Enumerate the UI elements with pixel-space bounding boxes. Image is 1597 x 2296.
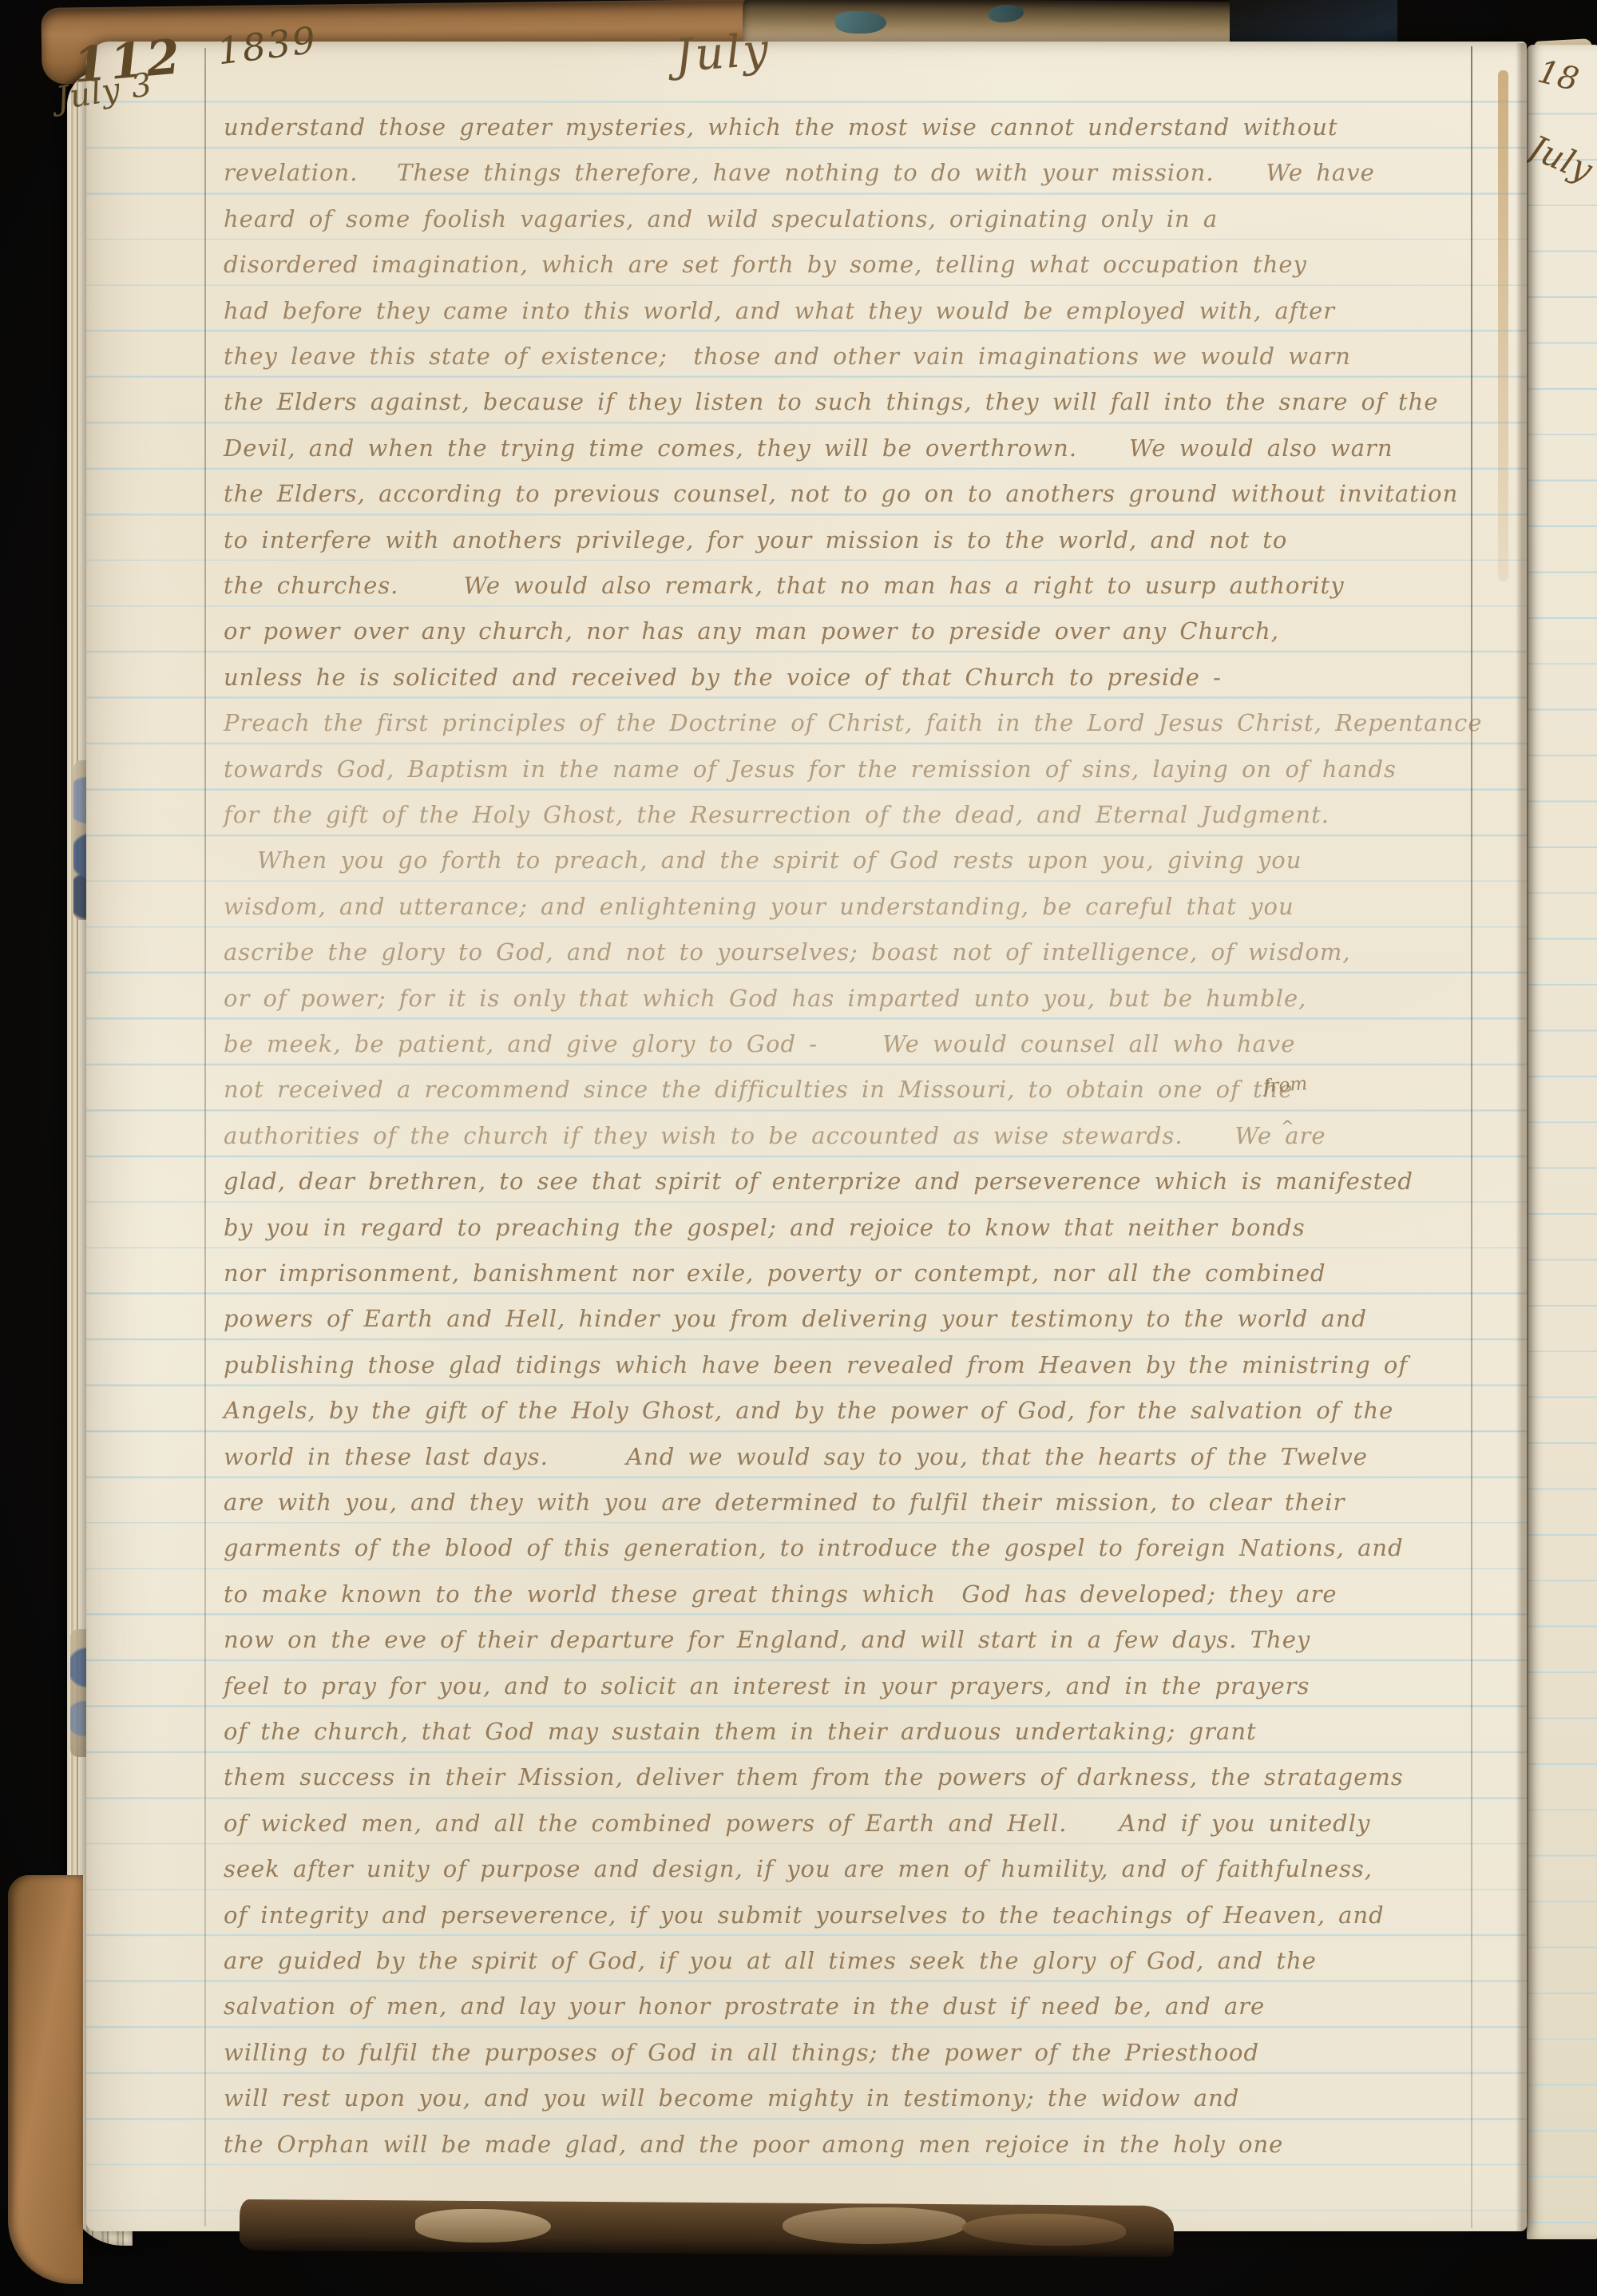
manuscript-line: for the gift of the Holy Ghost, the Resu…	[224, 801, 1485, 841]
interlinear-insertion: from	[1262, 1073, 1308, 1097]
manuscript-line: had before they came into this world, an…	[224, 297, 1485, 337]
manuscript-line: world in these last days. And we would s…	[224, 1443, 1485, 1483]
manuscript-line: the churches. We would also remark, that…	[224, 572, 1485, 612]
manuscript-line: are guided by the spirit of God, if you …	[224, 1947, 1485, 1987]
manuscript-line: them success in their Mission, deliver t…	[224, 1763, 1485, 1803]
manuscript-line: or power over any church, nor has any ma…	[224, 617, 1485, 657]
manuscript-line: heard of some foolish vagaries, and wild…	[224, 205, 1485, 245]
manuscript-line: will rest upon you, and you will become …	[224, 2084, 1485, 2124]
manuscript-line: unless he is solicited and received by t…	[224, 664, 1485, 704]
manuscript-line: feel to pray for you, and to solicit an …	[224, 1672, 1485, 1712]
manuscript-line: they leave this state of existence; thos…	[224, 343, 1485, 383]
manuscript-line: willing to fulfil the purposes of God in…	[224, 2039, 1485, 2079]
manuscript-line: Devil, and when the trying time comes, t…	[224, 434, 1485, 474]
manuscript-line: publishing those glad tidings which have…	[224, 1351, 1485, 1391]
manuscript-line: by you in regard to preaching the gospel…	[224, 1214, 1485, 1254]
manuscript-line: Angels, by the gift of the Holy Ghost, a…	[224, 1397, 1485, 1437]
manuscript-line: understand those greater mysteries, whic…	[224, 113, 1485, 153]
manuscript-line: of integrity and perseverence, if you su…	[224, 1901, 1485, 1941]
manuscript-line: seek after unity of purpose and design, …	[224, 1855, 1485, 1895]
manuscript-line: When you go forth to preach, and the spi…	[257, 847, 1519, 886]
manuscript-line: nor imprisonment, banishment nor exile, …	[224, 1259, 1485, 1299]
manuscript-line: towards God, Baptism in the name of Jesu…	[224, 755, 1485, 795]
manuscript-line: Preach the first principles of the Doctr…	[224, 709, 1485, 749]
manuscript-line: are with you, and they with you are dete…	[224, 1489, 1485, 1529]
manuscript-line: now on the eve of their departure for En…	[224, 1626, 1485, 1666]
torn-paper-scrap	[415, 2209, 551, 2242]
manuscript-line: of wicked men, and all the combined powe…	[224, 1810, 1485, 1850]
manuscript-line: ascribe the glory to God, and not to you…	[224, 938, 1485, 978]
manuscript-line: authorities of the church if they wish t…	[224, 1122, 1485, 1162]
manuscript-line: disordered imagination, which are set fo…	[224, 251, 1485, 291]
manuscript-line: be meek, be patient, and give glory to G…	[224, 1030, 1485, 1070]
manuscript-line: the Elders against, because if they list…	[224, 388, 1485, 428]
manuscript-line: or of power; for it is only that which G…	[224, 985, 1485, 1025]
manuscript-line: garments of the blood of this generation…	[224, 1534, 1485, 1574]
scanned-journal-photo: 18 July 112 1839 July July 3 understand …	[0, 0, 1597, 2296]
caret-mark: ^	[1281, 1116, 1294, 1136]
manuscript-line: the Orphan will be made glad, and the po…	[224, 2131, 1485, 2171]
manuscript-line: to interfere with anothers privilege, fo…	[224, 526, 1485, 566]
manuscript-line: of the church, that God may sustain them…	[224, 1718, 1485, 1758]
manuscript-line: to make known to the world these great t…	[224, 1580, 1485, 1620]
manuscript-line: wisdom, and utterance; and enlightening …	[224, 893, 1485, 933]
manuscript-text: understand those greater mysteries, whic…	[0, 0, 1597, 2296]
manuscript-line: glad, dear brethren, to see that spirit …	[224, 1168, 1485, 1207]
manuscript-line: the Elders, according to previous counse…	[224, 480, 1485, 520]
manuscript-line: salvation of men, and lay your honor pro…	[224, 1993, 1485, 2032]
manuscript-line: powers of Earth and Hell, hinder you fro…	[224, 1305, 1485, 1345]
manuscript-line: revelation. These things therefore, have…	[224, 159, 1485, 199]
